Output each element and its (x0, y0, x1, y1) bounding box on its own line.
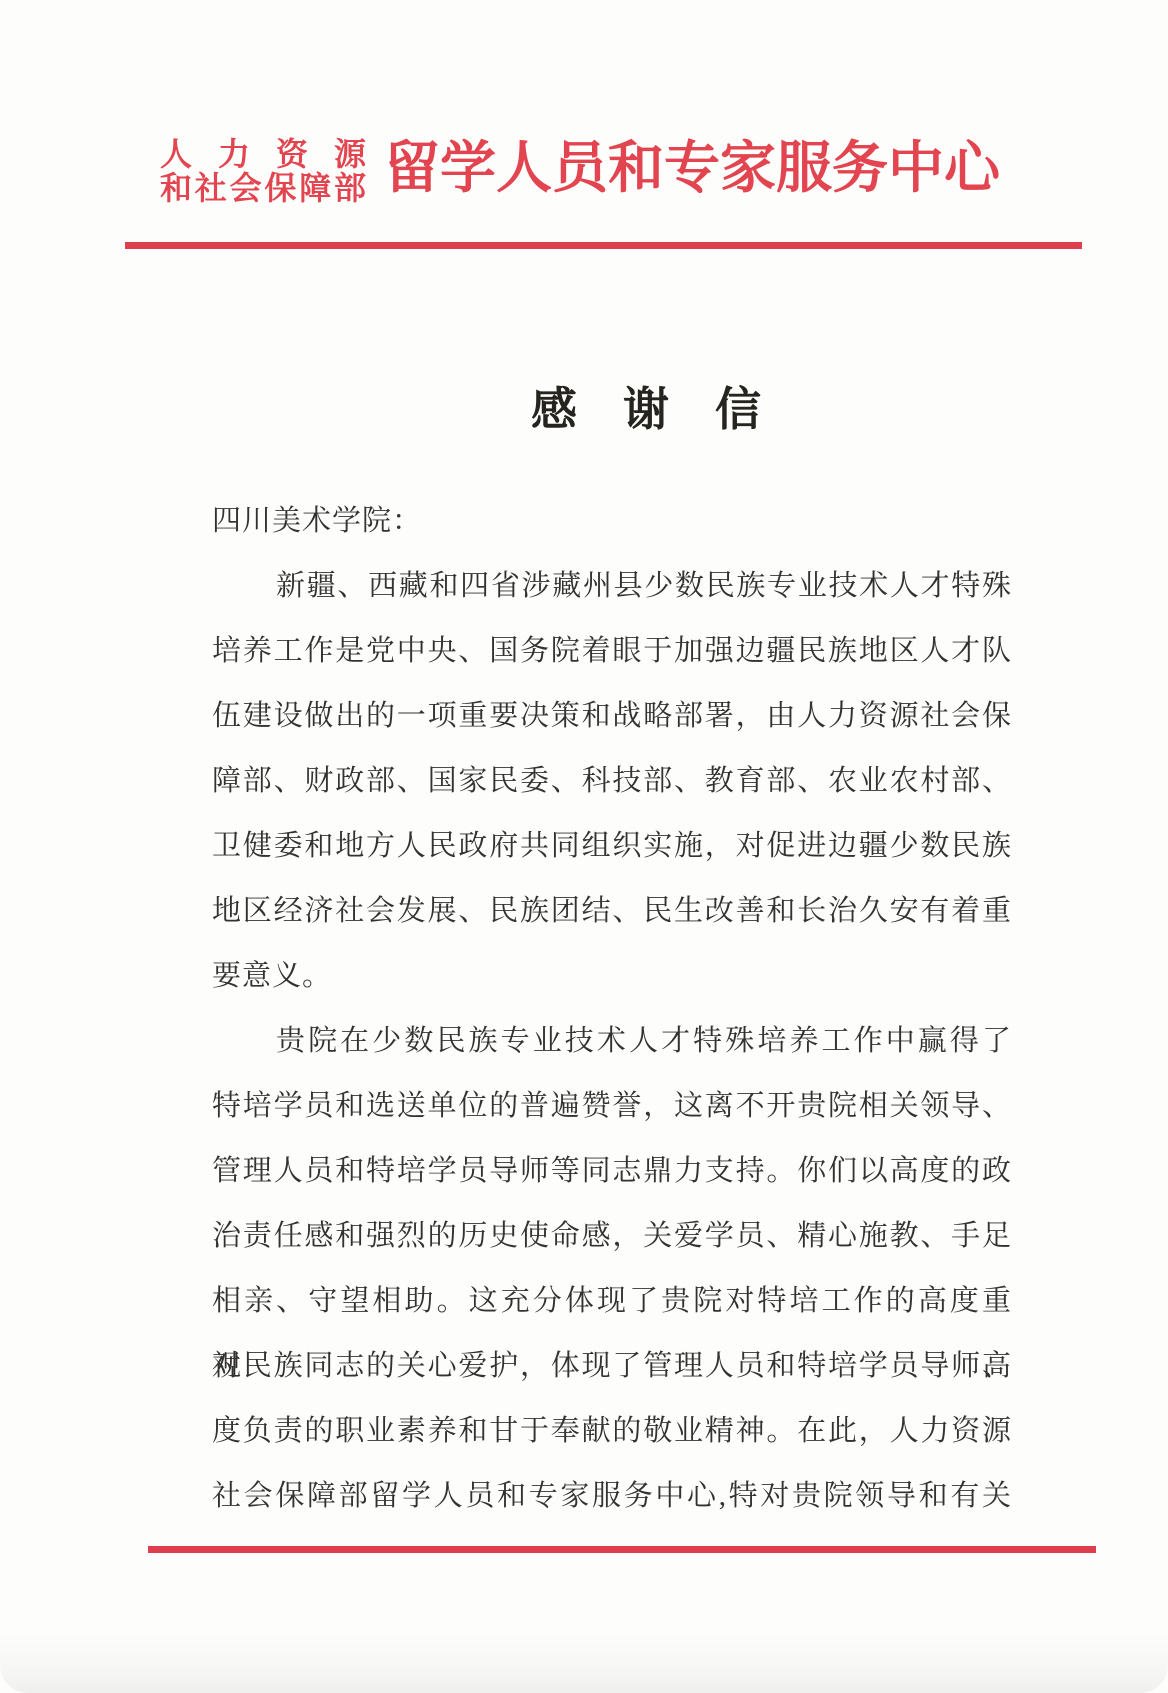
body-line: 治责任感和强烈的历史使命感，关爱学员、精心施教、手足 (212, 1204, 1012, 1269)
body-line: 管理人员和特培学员导师等同志鼎力支持。你们以高度的政 (212, 1139, 1012, 1204)
body-line: 要意义。 (212, 944, 1012, 1009)
body-line: 卫健委和地方人民政府共同组织实施，对促进边疆少数民族 (212, 814, 1012, 879)
org-name-main: 留学人员和专家服务中心 (384, 130, 1000, 208)
salutation: 四川美术学院： (212, 489, 1012, 554)
body-line: 新疆、西藏和四省涉藏州县少数民族专业技术人才特殊 (212, 554, 1012, 619)
body-line: 伍建设做出的一项重要决策和战略部署，由人力资源社会保 (212, 684, 1012, 749)
letter-title: 感 谢 信 (246, 386, 1046, 434)
body-line: 地区经济社会发展、民族团结、民生改善和长治久安有着重 (212, 879, 1012, 944)
body-line: 障部、财政部、国家民委、科技部、教育部、农业农村部、 (212, 749, 1012, 814)
body-line: 度负责的职业素养和甘于奉献的敬业精神。在此，人力资源 (212, 1399, 1012, 1464)
scanned-letter-page: 人力资源 和社会保障部 留学人员和专家服务中心 感 谢 信 四川美术学院： 新疆… (0, 0, 1168, 1693)
footer-rule (148, 1546, 1096, 1553)
body-line: 相亲、守望相助。这充分体现了贵院对特培工作的高度重视、 (212, 1269, 1012, 1334)
body-line: 社会保障部留学人员和专家服务中心,特对贵院领导和有关 (212, 1464, 1012, 1529)
scan-bottom-edge (0, 1633, 1168, 1693)
body-paragraphs: 新疆、西藏和四省涉藏州县少数民族专业技术人才特殊培养工作是党中央、国务院着眼于加… (212, 554, 1012, 1529)
letter-body: 四川美术学院： 新疆、西藏和四省涉藏州县少数民族专业技术人才特殊培养工作是党中央… (212, 489, 1012, 1529)
body-line: 贵院在少数民族专业技术人才特殊培养工作中赢得了 (212, 1009, 1012, 1074)
org-name-small: 人力资源 和社会保障部 (160, 137, 366, 205)
org-name-small-line1: 人力资源 (160, 137, 366, 171)
letterhead-rule (125, 242, 1082, 249)
org-name-small-line2: 和社会保障部 (160, 171, 366, 205)
body-line: 对民族同志的关心爱护，体现了管理人员和特培学员导师高 (212, 1334, 1012, 1399)
body-line: 培养工作是党中央、国务院着眼于加强边疆民族地区人才队 (212, 619, 1012, 684)
body-line: 特培学员和选送单位的普遍赞誉，这离不开贵院相关领导、 (212, 1074, 1012, 1139)
